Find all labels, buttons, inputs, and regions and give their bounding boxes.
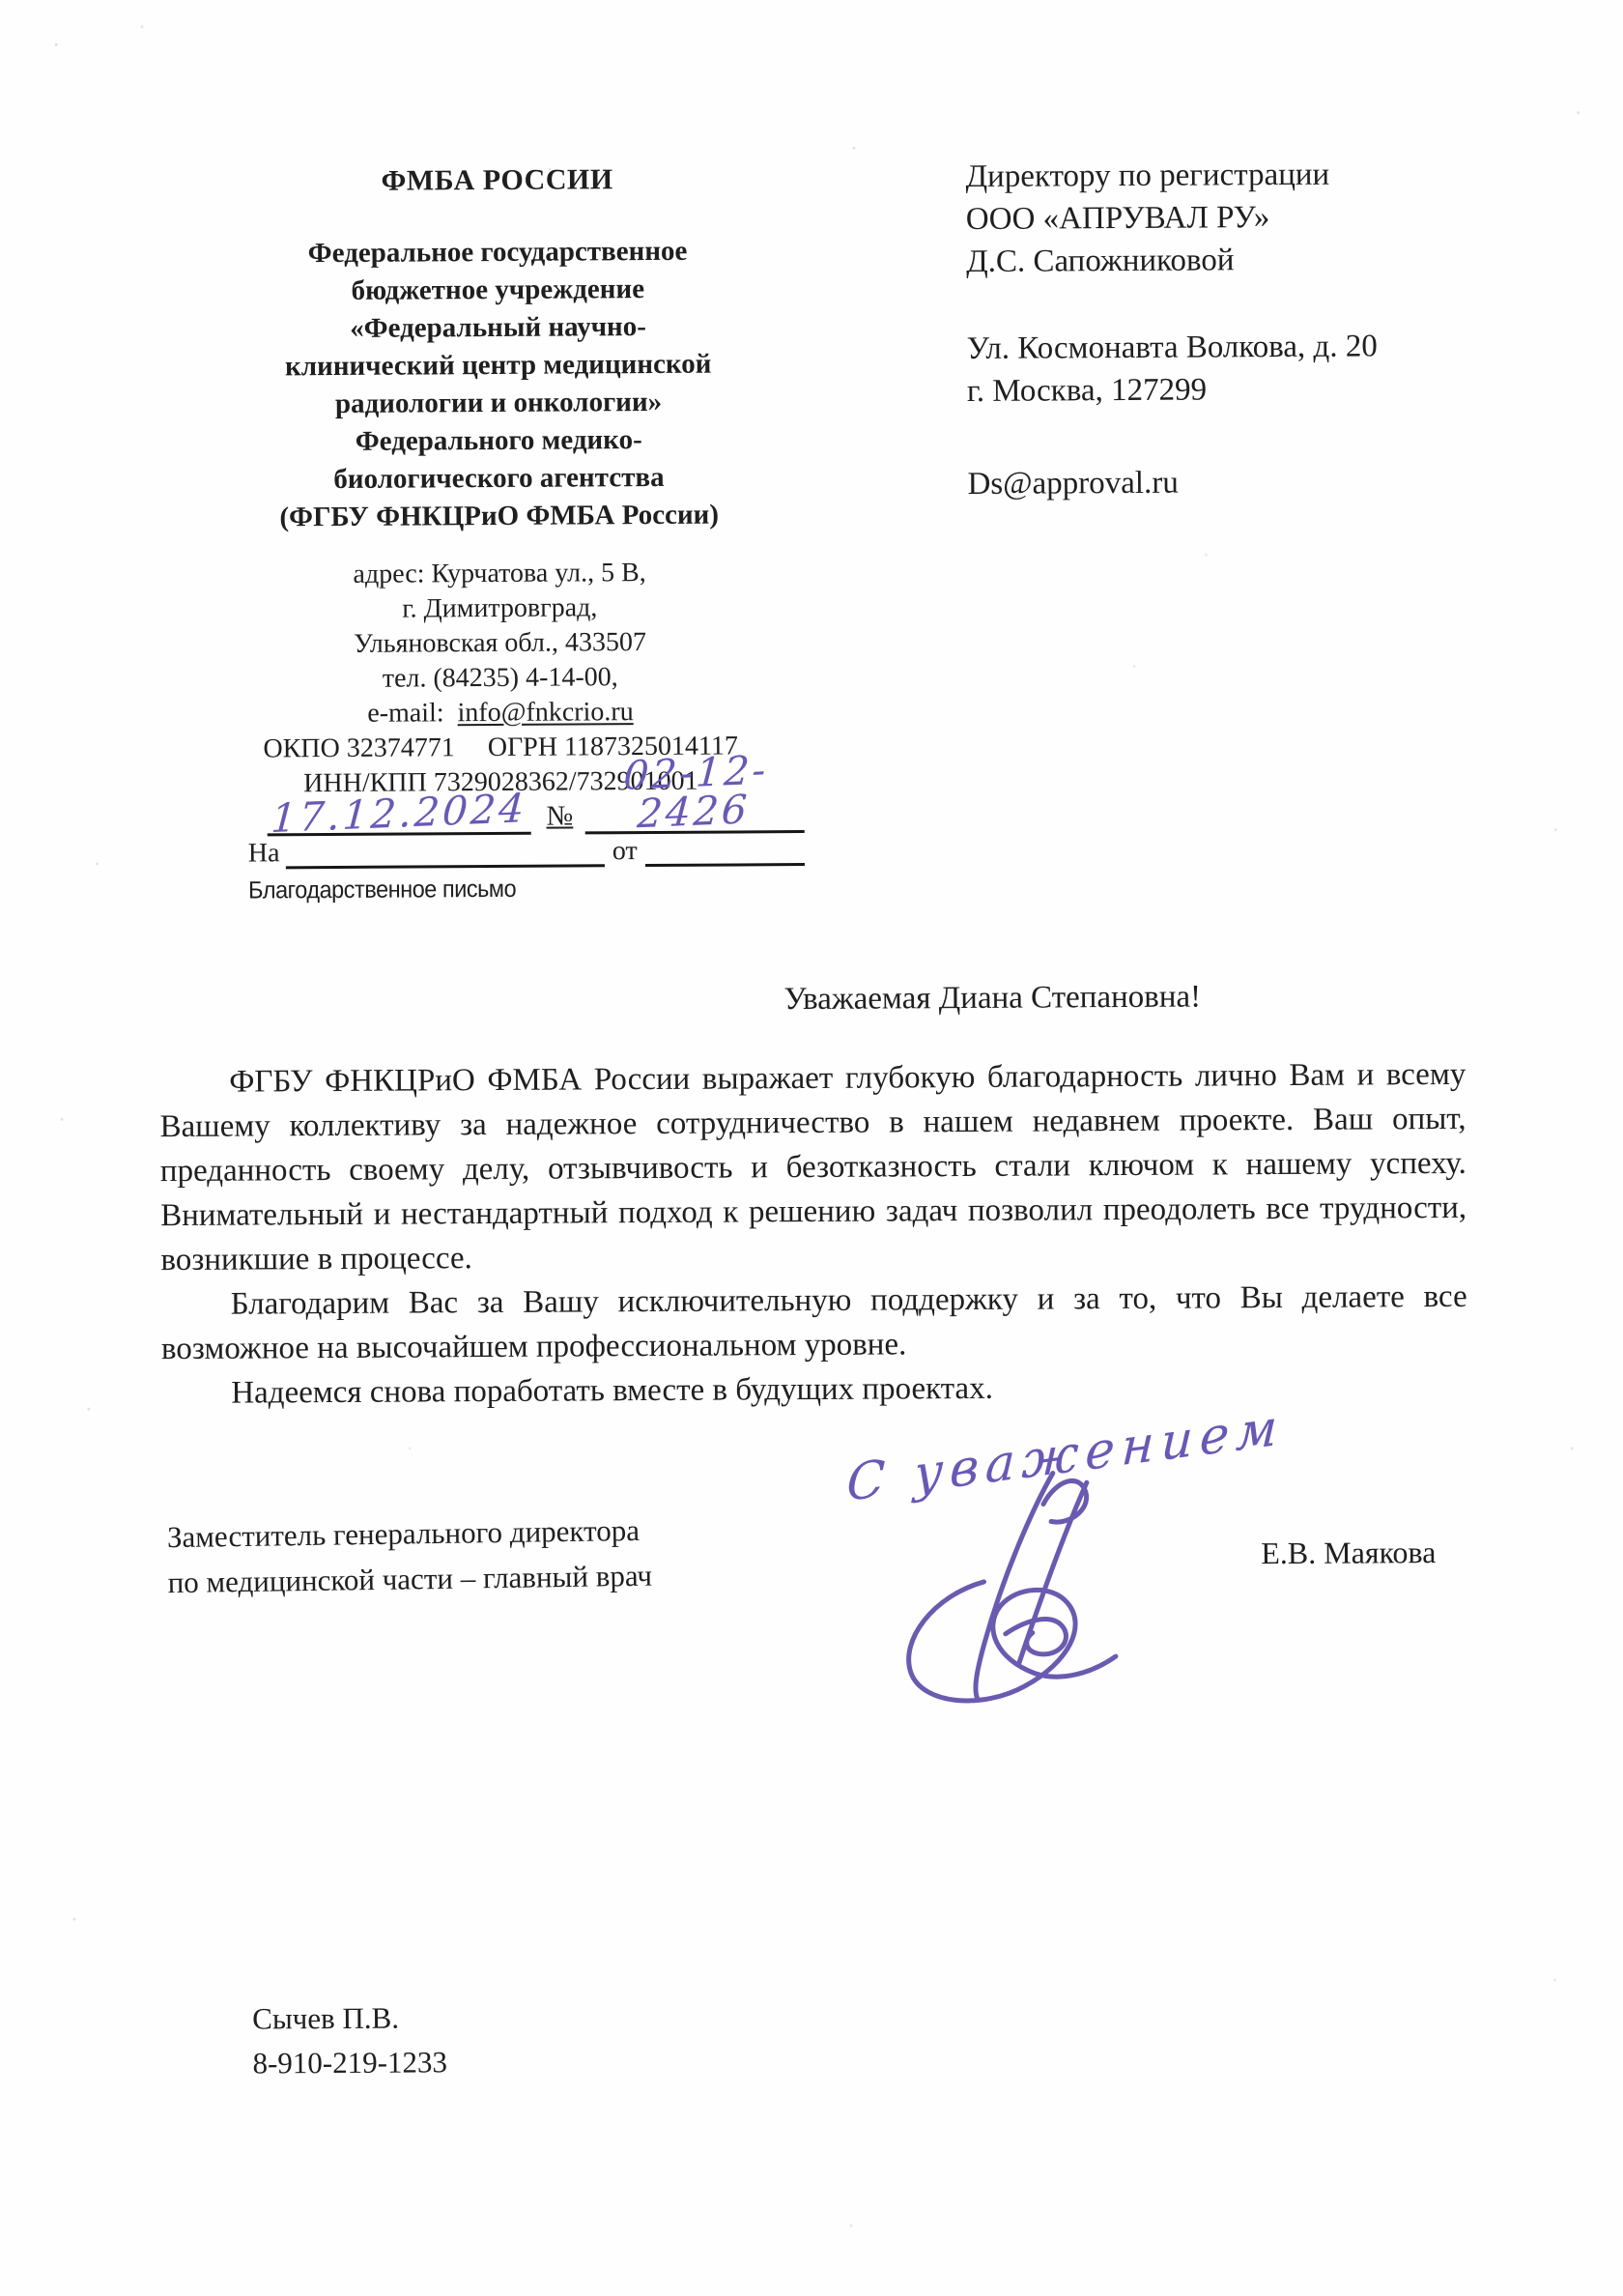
- signer-title: Заместитель генерального директора по ме…: [167, 1505, 844, 1605]
- org-name-line: бюджетное учреждение: [188, 270, 807, 311]
- sender-address: адрес: Курчатова ул., 5 В, г. Димитровгр…: [190, 555, 810, 732]
- recipient-address-line: Ул. Космонавта Волкова, д. 20: [967, 325, 1508, 370]
- sender-address-line: тел. (84235) 4-14-00,: [191, 659, 810, 698]
- na-blank-field: [286, 864, 605, 869]
- sender-email: info@fnkcrio.ru: [457, 697, 633, 728]
- recipient-addressee: Директору по регистрации ООО «АПРУВАЛ РУ…: [965, 153, 1507, 283]
- letter-page: ФМБА РОССИИ Федеральное государственное …: [0, 0, 1623, 2296]
- org-name-line: Федеральное государственное: [188, 232, 807, 273]
- ot-blank-field: [645, 863, 805, 867]
- org-name-line: (ФГБУ ФНКЦРиО ФМБА России): [190, 496, 809, 537]
- body-paragraph: Благодарим Вас за Вашу исключительную по…: [161, 1275, 1468, 1371]
- body-paragraph: ФГБУ ФНКЦРиО ФМБА России выражает глубок…: [159, 1052, 1466, 1282]
- reference-line: На от: [248, 837, 805, 870]
- recipient-email: Ds@approval.ru: [967, 460, 1508, 505]
- sender-email-label: e-mail:: [367, 698, 443, 728]
- letter-body: ФГБУ ФНКЦРиО ФМБА России выражает глубок…: [159, 1052, 1467, 1416]
- org-name-line: биологического агентства: [189, 458, 808, 500]
- sender-address-line: Ульяновская обл., 433507: [190, 624, 809, 663]
- sender-okpo: ОКПО 32374771: [263, 732, 455, 763]
- sender-org-name: Федеральное государственное бюджетное уч…: [188, 232, 809, 537]
- recipient-block: Директору по регистрации ООО «АПРУВАЛ РУ…: [965, 153, 1508, 505]
- number-sign: №: [530, 800, 584, 834]
- recipient-line: ООО «АПРУВАЛ РУ»: [966, 195, 1507, 241]
- signer-title-line: по медицинской части – главный врач: [167, 1550, 844, 1605]
- date-field: 17.12.2024: [267, 793, 530, 837]
- sender-block: ФМБА РОССИИ Федеральное государственное …: [188, 162, 811, 905]
- salutation: Уважаемая Диана Степановна!: [159, 977, 1623, 1021]
- recipient-line: Д.С. Сапожниковой: [966, 238, 1507, 283]
- sender-address-line: г. Димитровград,: [190, 589, 809, 628]
- na-label: На: [248, 838, 286, 869]
- sender-email-line: e-mail: info@fnkcrio.ru: [191, 694, 810, 732]
- sender-address-line: адрес: Курчатова ул., 5 В,: [190, 555, 809, 593]
- org-name-line: Федерального медико-: [189, 420, 808, 462]
- number-field: 02-12-2426: [584, 753, 805, 834]
- document-type-label: Благодарственное письмо: [248, 874, 777, 904]
- handwritten-number: 02-12-2426: [583, 749, 807, 836]
- org-name-line: радиологии и онкологии»: [189, 383, 808, 424]
- executor-contact: Сычев П.В. 8-910-219-1233: [252, 1995, 447, 2085]
- scan-tilt-wrapper: ФМБА РОССИИ Федеральное государственное …: [0, 0, 1623, 2296]
- executor-name: Сычев П.В.: [252, 1995, 447, 2041]
- org-name-line: клинический центр медицинской: [189, 345, 808, 387]
- handwritten-signature: [887, 1467, 1179, 1715]
- org-name-line: «Федеральный научно-: [188, 307, 807, 349]
- recipient-address: Ул. Космонавта Волкова, д. 20 г. Москва,…: [967, 325, 1509, 413]
- ot-label: от: [605, 836, 645, 867]
- sender-agency: ФМБА РОССИИ: [188, 162, 807, 199]
- signer-name: Е.В. Маякова: [1261, 1535, 1436, 1571]
- recipient-line: Директору по регистрации: [965, 153, 1506, 198]
- executor-phone: 8-910-219-1233: [252, 2040, 447, 2085]
- handwritten-date: 17.12.2024: [270, 789, 528, 838]
- recipient-address-line: г. Москва, 127299: [967, 367, 1508, 413]
